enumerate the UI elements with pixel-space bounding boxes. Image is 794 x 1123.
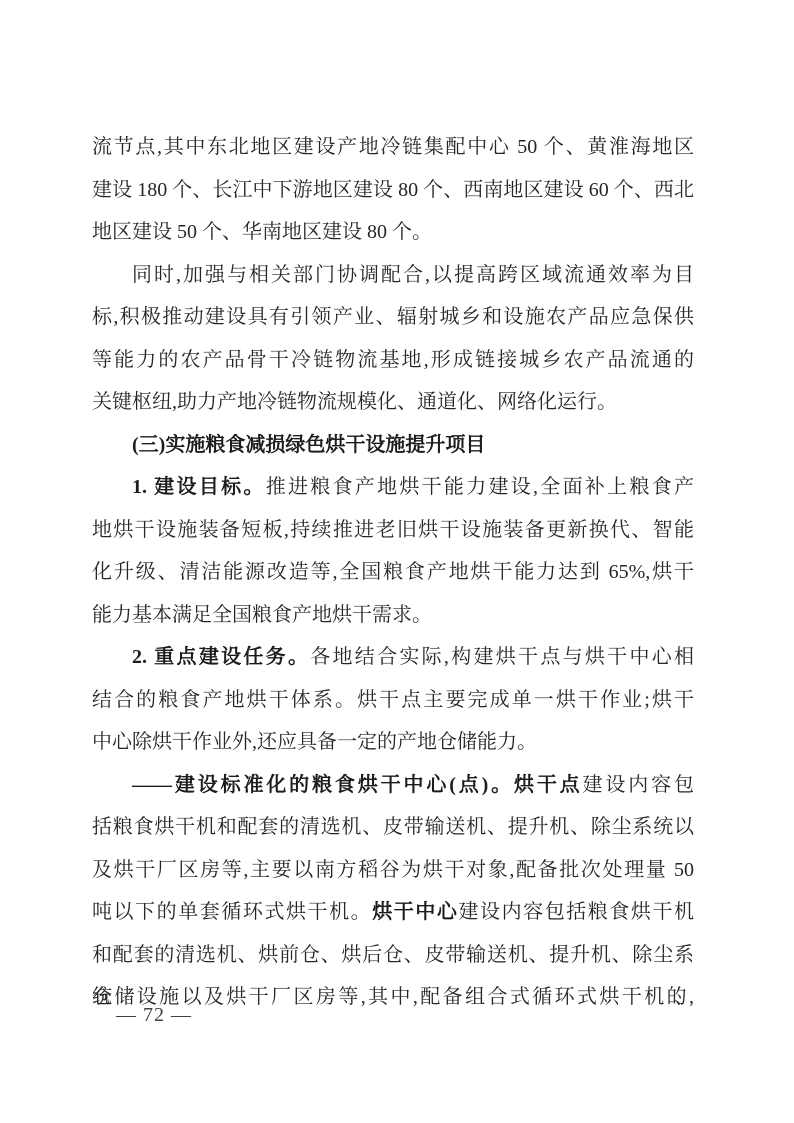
- text-run: 流节点,其中东北地区建设产地冷链集配中心 50 个、黄淮海地区: [92, 136, 694, 158]
- text-line: 和配套的清选机、烘前仓、烘后仓、皮带输送机、提升机、除尘系统、: [92, 934, 694, 977]
- text-line: 括粮食烘干机和配套的清选机、皮带输送机、提升机、除尘系统以: [92, 806, 694, 849]
- para-cold-chain-region-counts: 流节点,其中东北地区建设产地冷链集配中心 50 个、黄淮海地区建设 180 个、…: [92, 126, 694, 254]
- text-line: 吨以下的单套循环式烘干机。烘干中心建设内容包括粮食烘干机: [92, 891, 694, 934]
- text-run: 关键枢纽,助力产地冷链物流规模化、通道化、网络化运行。: [92, 391, 617, 413]
- text-line: 地烘干设施装备短板,持续推进老旧烘干设施装备更新换代、智能: [92, 509, 694, 552]
- para-cross-region-coordination: 同时,加强与相关部门协调配合,以提高跨区域流通效率为目标,积极推动建设具有引领产…: [92, 254, 694, 424]
- text-run: 化升级、清洁能源改造等,全国粮食产地烘干能力达到 65%,烘干: [92, 561, 694, 583]
- text-line: 等能力的农产品骨干冷链物流基地,形成链接城乡农产品流通的: [92, 339, 694, 382]
- bold-text-run: 2. 重点建设任务。: [132, 646, 310, 668]
- text-run: 能力基本满足全国粮食产地烘干需求。: [92, 604, 432, 626]
- document-body: 流节点,其中东北地区建设产地冷链集配中心 50 个、黄淮海地区建设 180 个、…: [92, 126, 694, 1019]
- text-line: 标,积极推动建设具有引领产业、辐射城乡和设施农产品应急保供: [92, 296, 694, 339]
- bold-text-run: 1. 建设目标。: [132, 476, 266, 498]
- bold-text-run: (三)实施粮食减损绿色烘干设施提升项目: [132, 434, 485, 456]
- text-run: 吨以下的单套循环式烘干机。: [92, 901, 372, 923]
- text-run: 建设 180 个、长江中下游地区建设 80 个、西南地区建设 60 个、西北: [92, 179, 694, 201]
- text-line: 建设 180 个、长江中下游地区建设 80 个、西南地区建设 60 个、西北: [92, 169, 694, 212]
- text-line: 1. 建设目标。推进粮食产地烘干能力建设,全面补上粮食产: [92, 466, 694, 509]
- bold-text-run: ——建设标准化的粮食烘干中心(点)。烘干点: [132, 774, 583, 796]
- text-run: 括粮食烘干机和配套的清选机、皮带输送机、提升机、除尘系统以: [92, 816, 694, 838]
- para-construction-goal: 1. 建设目标。推进粮食产地烘干能力建设,全面补上粮食产地烘干设施装备短板,持续…: [92, 466, 694, 636]
- text-line: 流节点,其中东北地区建设产地冷链集配中心 50 个、黄淮海地区: [92, 126, 694, 169]
- text-run: 等能力的农产品骨干冷链物流基地,形成链接城乡农产品流通的: [92, 349, 694, 371]
- document-page: 流节点,其中东北地区建设产地冷链集配中心 50 个、黄淮海地区建设 180 个、…: [0, 0, 794, 1123]
- text-line: 能力基本满足全国粮食产地烘干需求。: [92, 594, 694, 637]
- text-run: 推进粮食产地烘干能力建设,全面补上粮食产: [266, 476, 694, 498]
- text-line: 化升级、清洁能源改造等,全国粮食产地烘干能力达到 65%,烘干: [92, 551, 694, 594]
- page-number-footer: — 72 —: [116, 1002, 192, 1028]
- text-run: 地区建设 50 个、华南地区建设 80 个。: [92, 221, 432, 243]
- text-line: (三)实施粮食减损绿色烘干设施提升项目: [92, 424, 694, 467]
- text-line: 同时,加强与相关部门协调配合,以提高跨区域流通效率为目: [92, 254, 694, 297]
- text-run: 地烘干设施装备短板,持续推进老旧烘干设施装备更新换代、智能: [92, 519, 694, 541]
- text-line: ——建设标准化的粮食烘干中心(点)。烘干点建设内容包: [92, 764, 694, 807]
- text-line: 中心除烘干作业外,还应具备一定的产地仓储能力。: [92, 721, 694, 764]
- text-line: 2. 重点建设任务。各地结合实际,构建烘干点与烘干中心相: [92, 636, 694, 679]
- para-key-construction-tasks: 2. 重点建设任务。各地结合实际,构建烘干点与烘干中心相结合的粮食产地烘干体系。…: [92, 636, 694, 764]
- text-run: 中心除烘干作业外,还应具备一定的产地仓储能力。: [92, 731, 537, 753]
- heading-section-three-drying-facilities: (三)实施粮食减损绿色烘干设施提升项目: [92, 424, 694, 467]
- text-line: 结合的粮食产地烘干体系。烘干点主要完成单一烘干作业;烘干: [92, 679, 694, 722]
- text-line: 地区建设 50 个、华南地区建设 80 个。: [92, 211, 694, 254]
- text-line: 关键枢纽,助力产地冷链物流规模化、通道化、网络化运行。: [92, 381, 694, 424]
- text-run: 建设内容包: [583, 774, 694, 796]
- text-run: 结合的粮食产地烘干体系。烘干点主要完成单一烘干作业;烘干: [92, 689, 694, 711]
- text-line: 及烘干厂区房等,主要以南方稻谷为烘干对象,配备批次处理量 50: [92, 849, 694, 892]
- text-run: 及烘干厂区房等,主要以南方稻谷为烘干对象,配备批次处理量 50: [92, 859, 694, 881]
- para-standardized-drying-centers: ——建设标准化的粮食烘干中心(点)。烘干点建设内容包括粮食烘干机和配套的清选机、…: [92, 764, 694, 1019]
- text-run: 同时,加强与相关部门协调配合,以提高跨区域流通效率为目: [132, 264, 694, 286]
- text-run: 建设内容包括粮食烘干机: [458, 901, 694, 923]
- bold-text-run: 烘干中心: [372, 901, 458, 923]
- text-run: 各地结合实际,构建烘干点与烘干中心相: [310, 646, 694, 668]
- text-run: 标,积极推动建设具有引领产业、辐射城乡和设施农产品应急保供: [92, 306, 694, 328]
